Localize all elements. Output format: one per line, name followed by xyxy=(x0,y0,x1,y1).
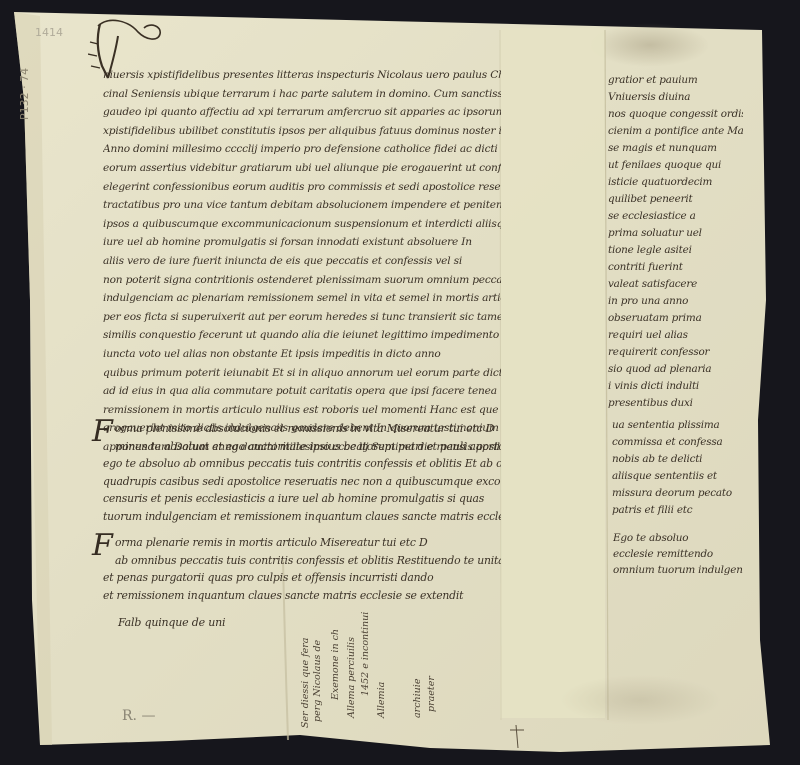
text-line: censuris et penis ecclesiasticis a iure … xyxy=(103,490,501,508)
text-line: requiri uel alias xyxy=(608,327,743,344)
text-line: et penas purgatorii quas pro culpis et o… xyxy=(103,569,501,587)
vertical-note: perg Nicolaus de xyxy=(312,640,323,722)
text-line: tione legle asitei xyxy=(608,242,743,259)
text-line: nos quoque congessit ordis xyxy=(608,106,743,123)
text-line: iure uel ab homine promulgatis si forsan… xyxy=(103,233,501,252)
text-line: missura deorum pecato xyxy=(612,485,740,502)
vertical-note: Allema perciuilis xyxy=(346,637,357,718)
text-line: se magis et nunquam xyxy=(608,140,743,157)
text-line: ut fenilaes quoque qui xyxy=(608,157,743,174)
text-line: Ego te absoluo xyxy=(613,530,743,546)
text-line: nobis ab te delicti xyxy=(612,451,740,468)
text-line: aliisque sententiis et xyxy=(612,468,740,485)
signature-line: Falb quinque de uni xyxy=(118,616,225,629)
form-absolution-in-vita: orma plenissime absolucionis et remissio… xyxy=(103,420,501,525)
right-column-form1-text: ua sententia plissima commissa et confes… xyxy=(612,417,740,519)
text-line: similis conquestio fecerunt ut quando al… xyxy=(103,326,501,345)
text-line: patris et filii etc xyxy=(612,502,740,519)
right-column-form2-text: Ego te absoluo ecclesie remittendo omniu… xyxy=(613,530,743,578)
text-line: eorum assertius videbitur gratiarum ubi … xyxy=(103,159,501,178)
text-line: cinal Seniensis ubique terrarum i hac pa… xyxy=(103,85,501,104)
text-line: omnium tuorum indulgencias xyxy=(613,562,743,578)
text-line: Vniuersis diuina xyxy=(608,89,743,106)
text-line: tractatibus pro una vice tantum debitam … xyxy=(103,196,501,215)
text-line: minus te absoluat et ego auctoritate ips… xyxy=(103,438,501,456)
text-line: niuersis xpistifidelibus presentes litte… xyxy=(103,66,501,85)
text-line: elegerint confessionibus eorum auditis p… xyxy=(103,178,501,197)
text-line: Anno domini millesimo cccclij imperio pr… xyxy=(103,140,501,159)
form-remission-in-mortis: orma plenarie remis in mortis articulo M… xyxy=(103,534,501,604)
text-line: contriti fuerint xyxy=(608,259,743,276)
text-line: ua sententia plissima xyxy=(612,417,740,434)
text-line: quibus primum poterit ieiunabit Et si in… xyxy=(103,364,501,383)
text-line: cienim a pontifice ante Mag xyxy=(608,123,743,140)
text-line: valeat satisfacere xyxy=(608,276,743,293)
text-line: presentibus duxi xyxy=(608,395,743,412)
text-line: ego te absoluo ab omnibus peccatis tuis … xyxy=(103,455,501,473)
vertical-note: 1452 e incontinui xyxy=(360,612,371,696)
vertical-note: archiuie xyxy=(412,679,423,718)
text-line: se ecclesiastice a xyxy=(608,208,743,225)
shelfmark-label: P132 · 74 xyxy=(18,68,31,120)
text-line: isticie quatuordecim xyxy=(608,174,743,191)
text-line: quilibet peneerit xyxy=(608,191,743,208)
text-line: iuncta voto uel alias non obstante Et ip… xyxy=(103,345,501,364)
vertical-archival-notes: Ser diessi que fera perg Nicolaus de Exe… xyxy=(300,600,460,730)
pencil-r-note: R. — xyxy=(122,708,155,724)
text-line: ab omnibus peccatis tuis contritis confe… xyxy=(103,552,501,570)
text-line: sio quod ad plenaria xyxy=(608,361,743,378)
text-line: indulgenciam ac plenariam remissionem se… xyxy=(103,289,501,308)
vertical-note: Exemone in ch xyxy=(330,629,341,700)
vertical-note: Ser diessi que fera xyxy=(300,638,311,728)
vertical-note: praeter xyxy=(426,676,437,712)
main-charter-text: niuersis xpistifidelibus presentes litte… xyxy=(103,66,501,456)
text-line: obseruatam prima xyxy=(608,310,743,327)
text-line: prima soluatur uel xyxy=(608,225,743,242)
text-line: gratior et pauium xyxy=(608,72,743,89)
text-line: aliis vero de iure fuerit iniuncta de ei… xyxy=(103,252,501,271)
text-line: gaudeo ipi quanto affectiu ad xpi terrar… xyxy=(103,103,501,122)
text-line: ad id eius in qua alia commutare potuit … xyxy=(103,382,501,401)
vertical-note: Allemia xyxy=(376,682,387,718)
right-column-text: gratior et pauium Vniuersis diuina nos q… xyxy=(608,72,743,412)
text-line: i vinis dicti indulti xyxy=(608,378,743,395)
text-line: non poterit signa contritionis ostendere… xyxy=(103,271,501,290)
text-line: orma plenissime absolucionis et remissio… xyxy=(103,420,501,438)
text-line: tuorum indulgenciam et remissionem inqua… xyxy=(103,508,501,526)
text-line: per eos ficta si superuixerit aut per eo… xyxy=(103,308,501,327)
photo-stage: 1414 P132 · 74 R. — niuersis xpistifidel… xyxy=(0,0,800,765)
text-line: xpistifidelibus ubilibet constitutis ips… xyxy=(103,122,501,141)
text-line: remissionem in mortis articulo nullius e… xyxy=(103,401,501,420)
pencil-date-note: 1414 xyxy=(35,26,63,39)
text-line: ecclesie remittendo xyxy=(613,546,743,562)
text-line: ipsos a quibuscumque excommunicacionum s… xyxy=(103,215,501,234)
text-line: commissa et confessa xyxy=(612,434,740,451)
text-line: quadrupis casibus sedi apostolice reseru… xyxy=(103,473,501,491)
text-line: in pro una anno xyxy=(608,293,743,310)
text-line: orma plenarie remis in mortis articulo M… xyxy=(103,534,501,552)
text-line: requirerit confessor xyxy=(608,344,743,361)
